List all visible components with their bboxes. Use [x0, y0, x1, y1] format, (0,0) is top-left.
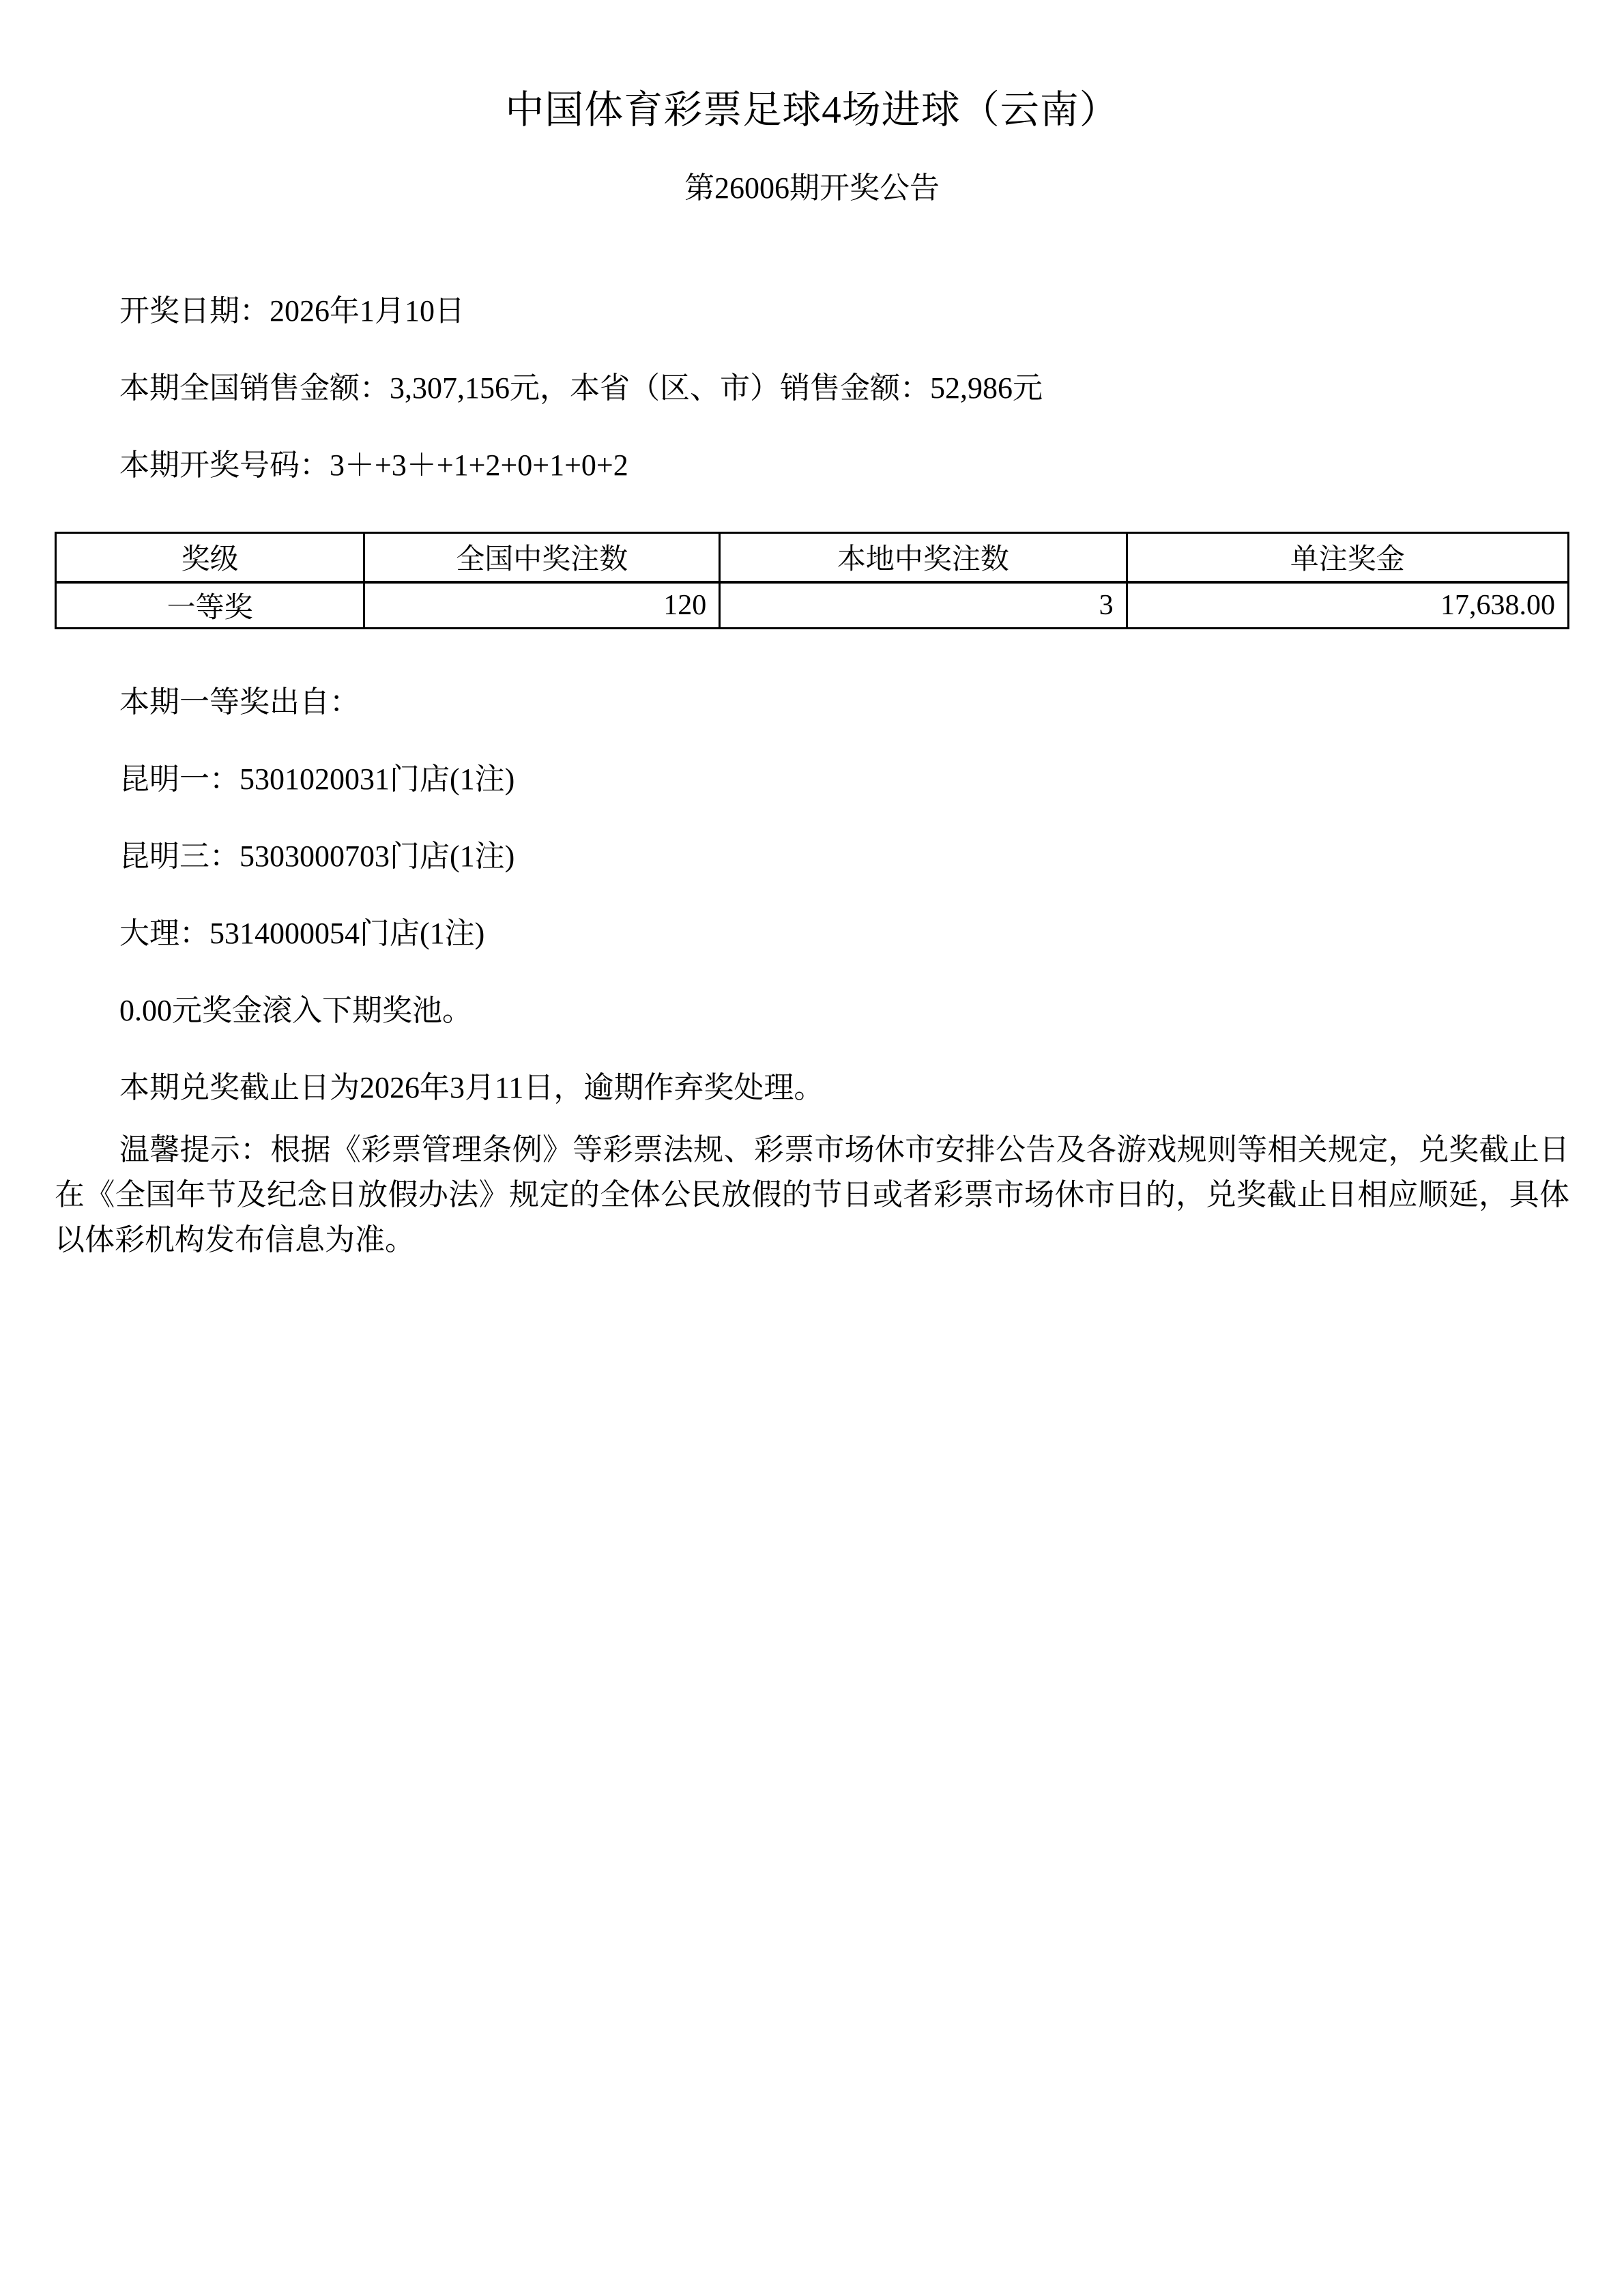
draw-numbers-value: 3＋+3＋+1+2+0+1+0+2: [330, 448, 628, 482]
header-prize-per-bet: 单注奖金: [1127, 533, 1568, 582]
prize-table: 奖级 全国中奖注数 本地中奖注数 单注奖金 一等奖 120 3 17,638.0…: [55, 532, 1569, 629]
header-national-winning-bets: 全国中奖注数: [364, 533, 720, 582]
local-winning-bets-cell: 3: [720, 582, 1127, 629]
prize-table-row: 一等奖 120 3 17,638.00: [56, 582, 1569, 629]
winners-intro-line: 本期一等奖出自：: [55, 680, 1569, 725]
document-title: 中国体育彩票足球4场进球（云南）: [55, 91, 1569, 130]
national-sales-value: 3,307,156元: [390, 371, 540, 405]
prize-per-bet-cell: 17,638.00: [1127, 582, 1568, 629]
national-sales-label: 本期全国销售金额：: [119, 371, 390, 405]
sales-separator: ，: [540, 371, 570, 405]
draw-date-label: 开奖日期：: [119, 294, 270, 328]
winner-item-kunming1: 昆明一：5301020031门店(1注): [55, 757, 1569, 802]
national-winning-bets-cell: 120: [364, 582, 720, 629]
lottery-announcement-document: 中国体育彩票足球4场进球（云南） 第26006期开奖公告 开奖日期：2026年1…: [0, 0, 1624, 2296]
rollover-line: 0.00元奖金滚入下期奖池。: [55, 988, 1569, 1033]
deadline-line: 本期兑奖截止日为2026年3月11日，逾期作弃奖处理。: [55, 1065, 1569, 1110]
draw-numbers-label: 本期开奖号码：: [119, 448, 330, 482]
draw-date-value: 2026年1月10日: [270, 294, 465, 328]
provincial-sales-label: 本省（区、市）销售金额：: [570, 371, 930, 405]
sales-line: 本期全国销售金额：3,307,156元，本省（区、市）销售金额：52,986元: [55, 366, 1569, 411]
document-subtitle: 第26006期开奖公告: [55, 173, 1569, 203]
header-local-winning-bets: 本地中奖注数: [720, 533, 1127, 582]
prize-level-cell: 一等奖: [56, 582, 364, 629]
provincial-sales-value: 52,986元: [930, 371, 1043, 405]
notice-paragraph: 温馨提示：根据《彩票管理条例》等彩票法规、彩票市场休市安排公告及各游戏规则等相关…: [55, 1128, 1569, 1263]
draw-numbers-line: 本期开奖号码：3＋+3＋+1+2+0+1+0+2: [55, 443, 1569, 488]
header-prize-level: 奖级: [56, 533, 364, 582]
winner-item-kunming3: 昆明三：5303000703门店(1注): [55, 834, 1569, 879]
winner-item-dali: 大理：5314000054门店(1注): [55, 911, 1569, 956]
prize-table-header-row: 奖级 全国中奖注数 本地中奖注数 单注奖金: [56, 533, 1569, 582]
draw-date-line: 开奖日期：2026年1月10日: [55, 289, 1569, 334]
